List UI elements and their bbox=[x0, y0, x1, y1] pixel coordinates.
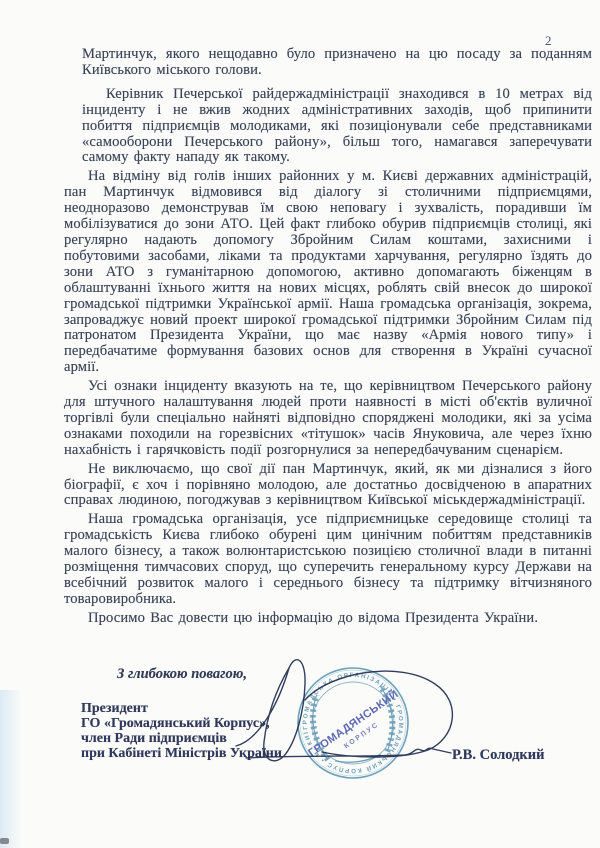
stamp-ring-text: ГРОМАДСЬКА ОРГАНІЗАЦІЯ • ГРОМАДЯНСЬКИЙ К… bbox=[0, 0, 411, 824]
scan-edge-artifact bbox=[0, 690, 22, 848]
document-page: 2 Мартинчук, якого нещодавно було призна… bbox=[0, 0, 600, 848]
scan-speck-artifact bbox=[0, 838, 9, 844]
official-stamp: ГРОМАДСЬКА ОРГАНІЗАЦІЯ • ГРОМАДЯНСЬКИЙ К… bbox=[0, 0, 416, 827]
svg-text:ГРОМАДСЬКА ОРГАНІЗАЦІЯ • ГРОМА: ГРОМАДСЬКА ОРГАНІЗАЦІЯ • ГРОМАДЯНСЬКИЙ К… bbox=[0, 0, 411, 824]
stamp-and-signature-overlay: ГРОМАДСЬКА ОРГАНІЗАЦІЯ • ГРОМАДЯНСЬКИЙ К… bbox=[0, 0, 600, 848]
